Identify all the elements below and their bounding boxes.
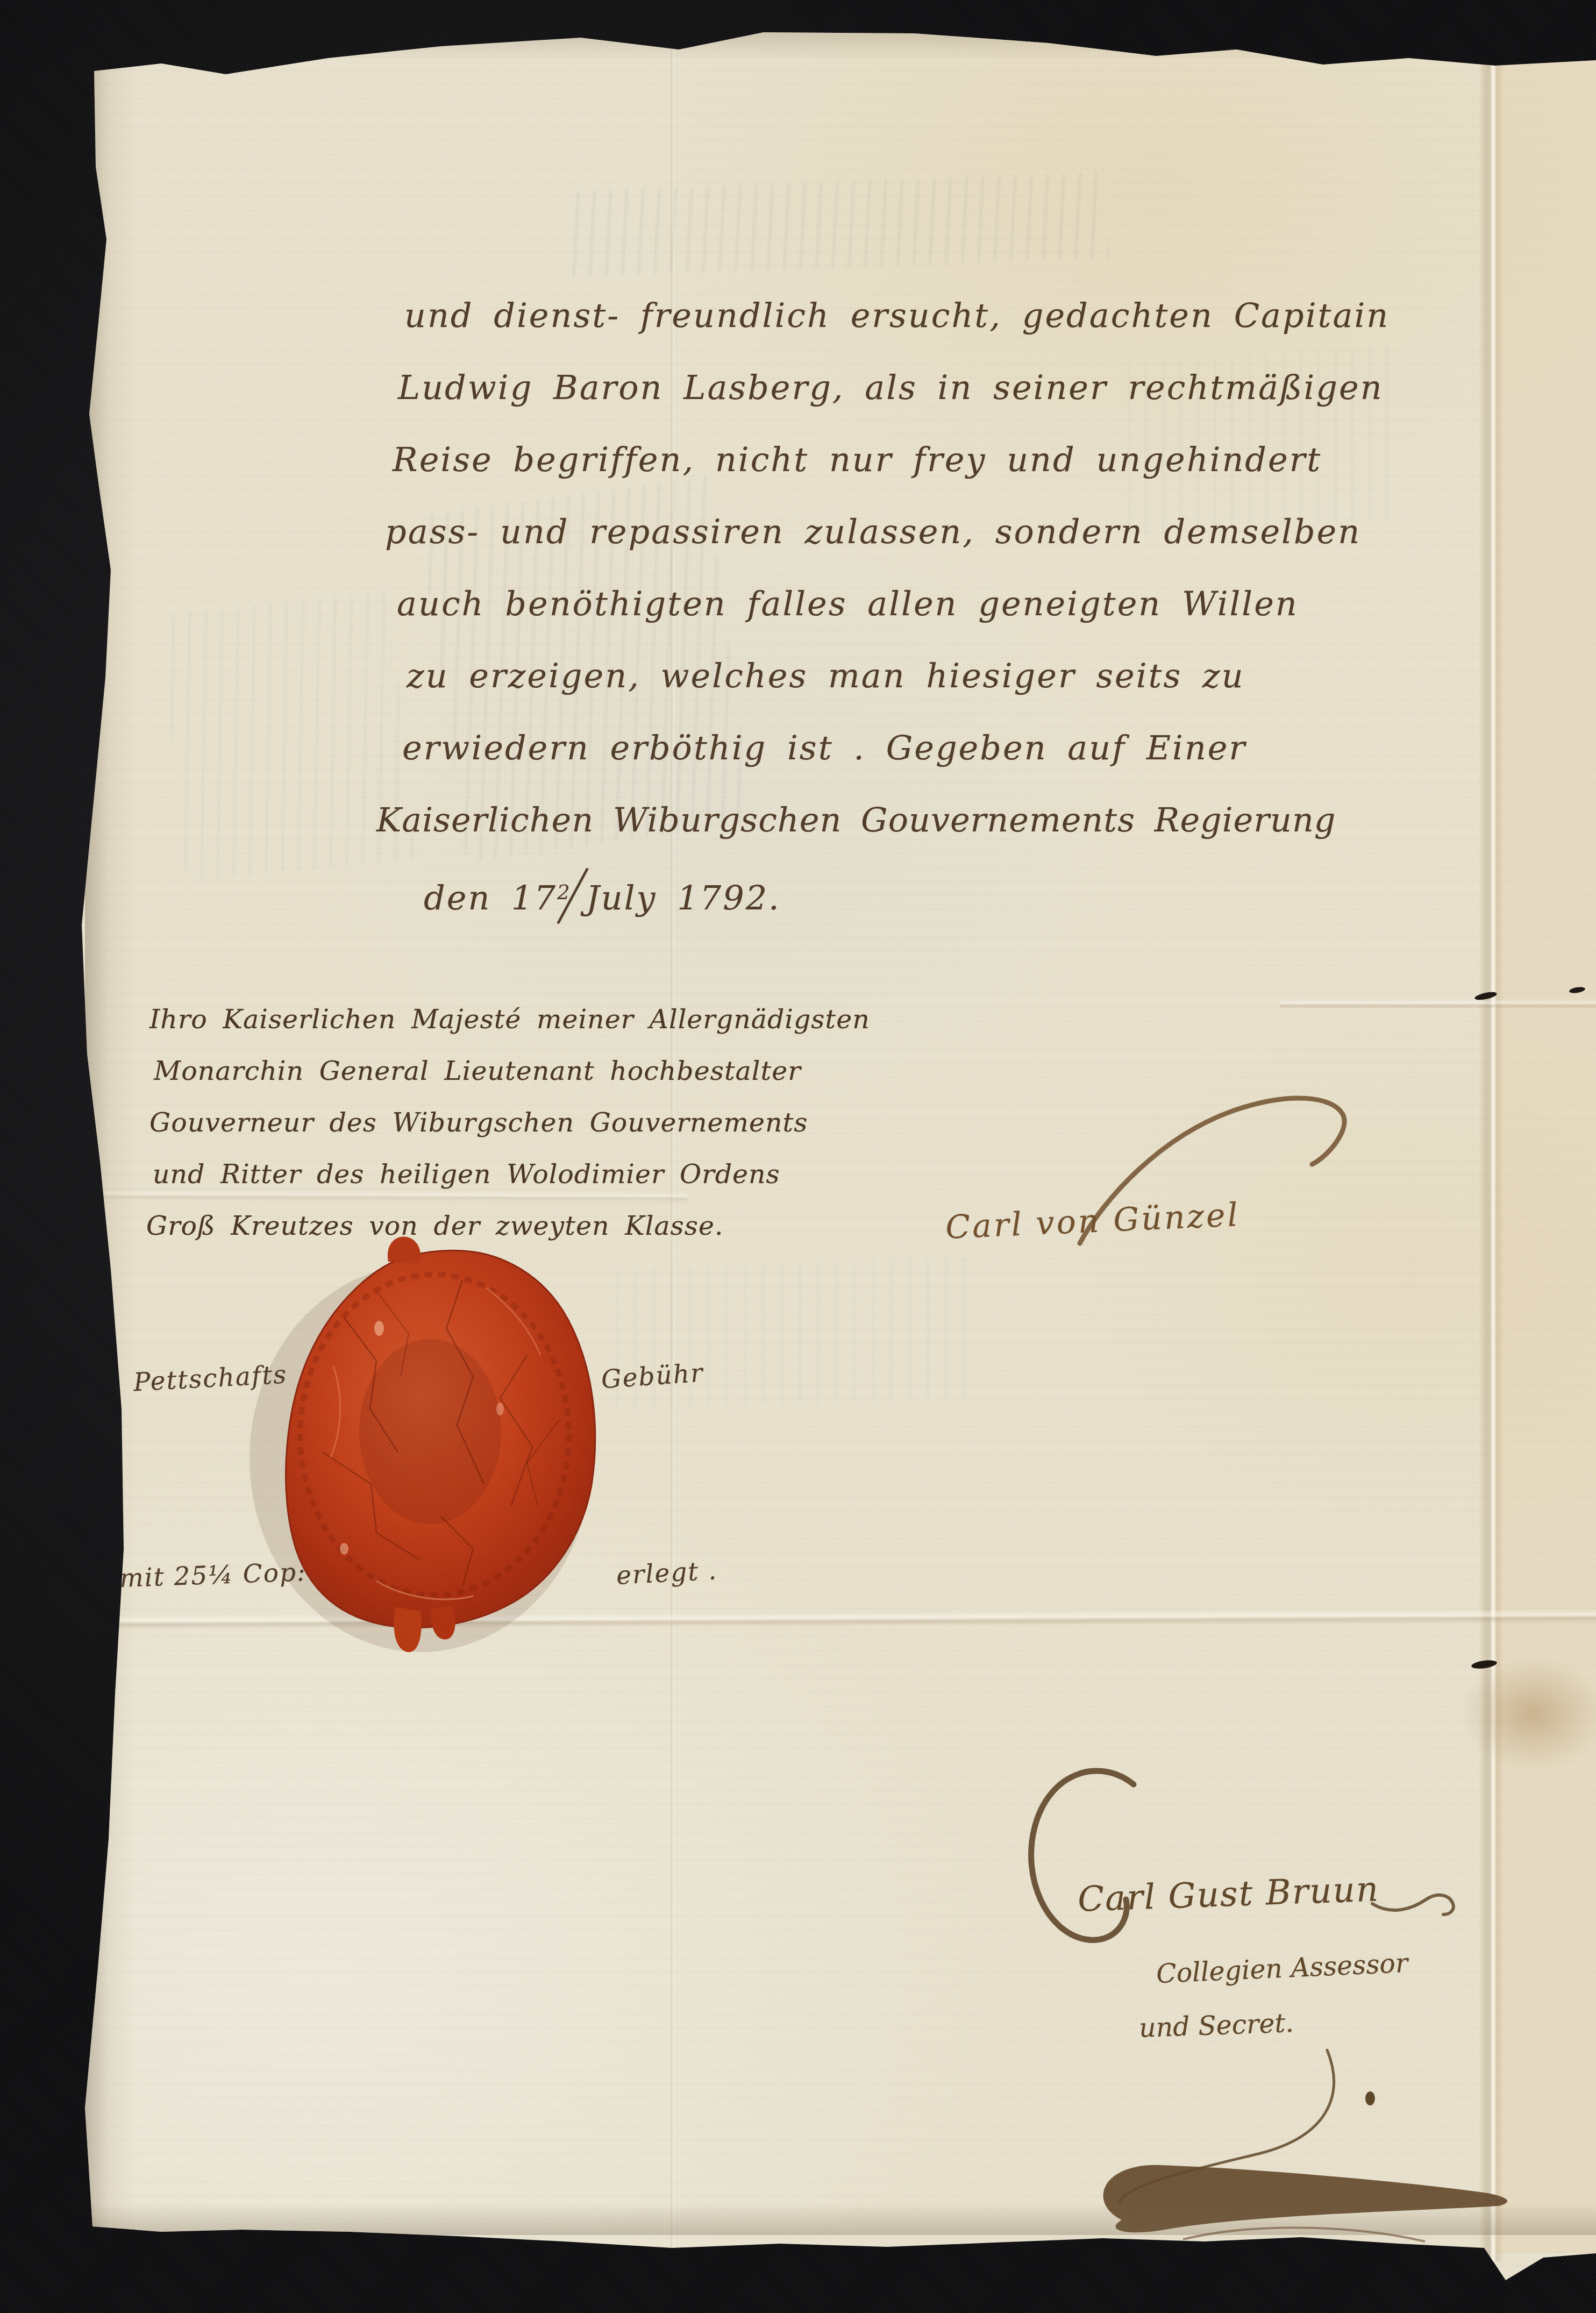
- ink-spatter: [1107, 2274, 1110, 2278]
- date-prefix: den 17: [424, 878, 557, 917]
- fold-shading: [1496, 54, 1596, 2253]
- signature-paraph: [1103, 2165, 1508, 2232]
- title-line: Groß Kreutzes von der zweyten Klasse.: [146, 1200, 870, 1252]
- water-stain: [1460, 1657, 1596, 1770]
- fee-note-left-top: Pettschafts: [133, 1360, 288, 1398]
- horizontal-fold-crease: [1280, 999, 1596, 1009]
- wax-seal-icon: [250, 1236, 595, 1652]
- secretary-signature: Carl Gust Bruun: [1077, 1869, 1380, 1920]
- vertical-fold-crease: [1479, 51, 1504, 2261]
- horizontal-fold-crease: [91, 1609, 1596, 1629]
- body-line: zu erzeigen, welches man hiesiger seits …: [407, 640, 1390, 712]
- title-line: und Ritter des heiligen Wolodimier Orden…: [153, 1149, 870, 1200]
- governor-signature: Carl von Günzel: [945, 1196, 1241, 1247]
- scan-background: und dienst- freundlich ersucht, gedachte…: [0, 0, 1596, 2313]
- paper-edge-shadow: [86, 28, 1596, 60]
- governor-titles-block: Ihro Kaiserlichen Majesté meiner Allergn…: [149, 994, 870, 1252]
- paraph-underline: [1183, 2227, 1425, 2241]
- secretary-title-line: Collegien Assessor: [1156, 1948, 1408, 1989]
- signature-tail-squiggle: [1372, 1895, 1453, 1915]
- ink-dot: [1365, 2091, 1375, 2105]
- paper-edge-shadow: [85, 48, 136, 2237]
- paper-edge-shadow: [86, 2203, 1596, 2235]
- ink-spatter: [1095, 2239, 1099, 2244]
- title-line: Gouverneur des Wiburgschen Gouvernements: [149, 1097, 870, 1149]
- date-line: den 172⁄July 1792.: [424, 856, 1390, 928]
- body-line: Reise begriffen, nicht nur frey und unge…: [393, 424, 1390, 496]
- body-line: Kaiserlichen Wiburgschen Gouvernements R…: [376, 784, 1390, 856]
- title-line: Monarchin General Lieutenant hochbestalt…: [154, 1045, 870, 1097]
- paper-slit: [1471, 1659, 1497, 1670]
- body-line: auch benöthigten falles allen geneigten …: [397, 568, 1390, 640]
- ink-spatter: [1137, 2264, 1141, 2267]
- secretary-descender-loop: [1120, 2050, 1334, 2203]
- title-line: Ihro Kaiserlichen Majesté meiner Allergn…: [149, 994, 870, 1045]
- document-page: und dienst- freundlich ersucht, gedachte…: [0, 0, 1596, 2313]
- ink-bleedthrough: [564, 172, 1109, 277]
- body-line: und dienst- freundlich ersucht, gedachte…: [404, 280, 1390, 352]
- paper-slit: [1569, 986, 1585, 994]
- fee-note-right-top: Gebühr: [600, 1358, 704, 1394]
- letter-body: und dienst- freundlich ersucht, gedachte…: [404, 280, 1390, 928]
- date-rest: July 1792.: [586, 878, 781, 917]
- paper-slit: [1474, 991, 1498, 1001]
- body-line: pass- und repassiren zulassen, sondern d…: [385, 496, 1390, 568]
- fee-note-right-bottom: erlegt .: [616, 1556, 718, 1591]
- secretary-title-line: und Secret.: [1138, 2008, 1294, 2044]
- body-line: erwiedern erböthig ist . Gegeben auf Ein…: [402, 712, 1390, 784]
- body-line: Ludwig Baron Lasberg, als in seiner rech…: [398, 352, 1390, 424]
- fee-note-left-bottom: mit 25¼ Cop:: [119, 1557, 307, 1593]
